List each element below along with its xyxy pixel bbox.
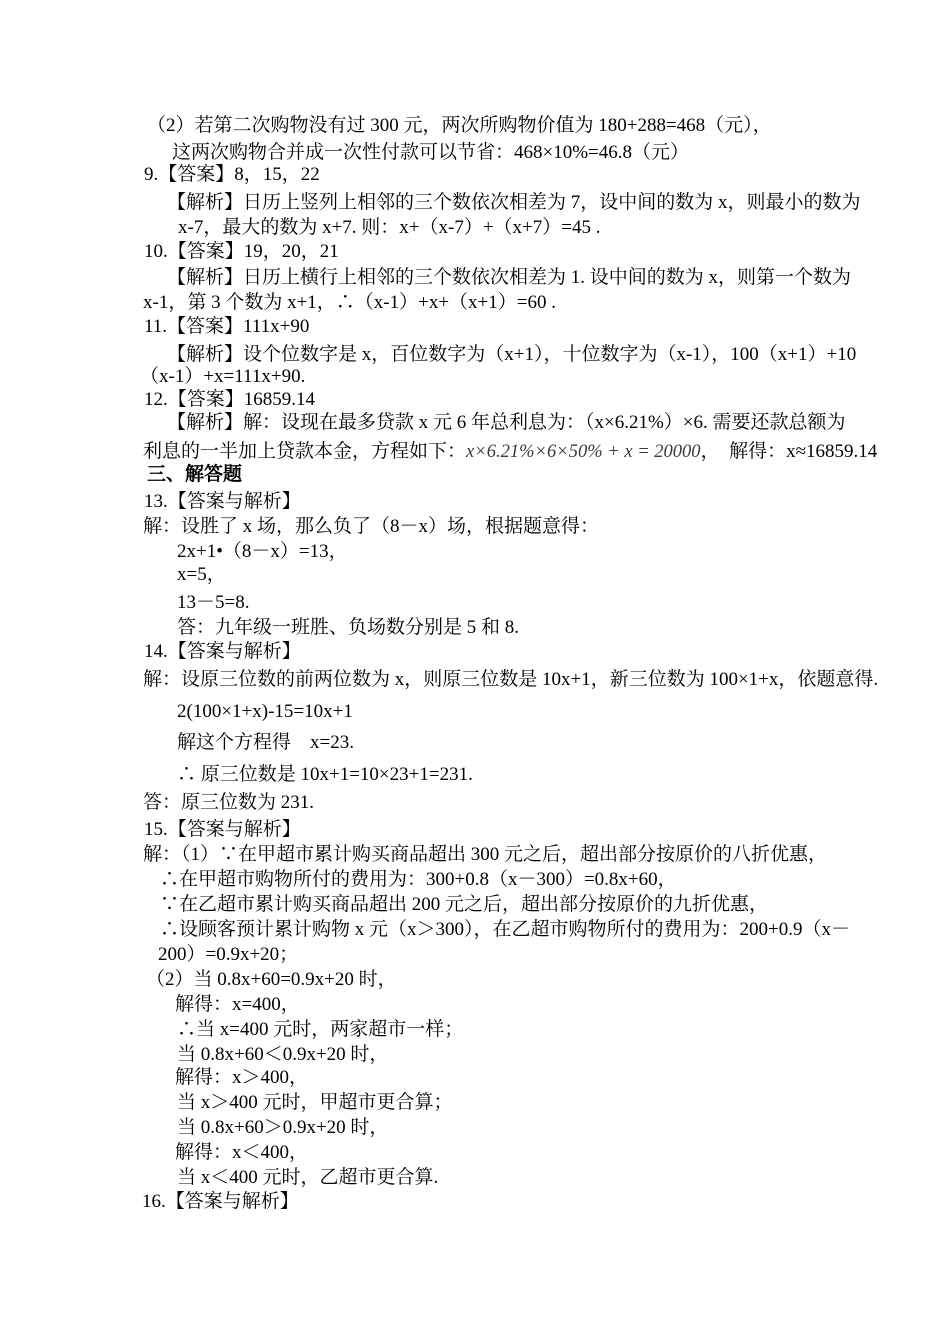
doc-line: 当 x＜400 元时，乙超市更合算. [177, 1165, 438, 1191]
doc-line: 当 x＞400 元时，甲超市更合算； [177, 1090, 453, 1116]
doc-line: 10.【答案】19，20，21 [144, 239, 339, 265]
doc-line: 14.【答案与解析】 [144, 639, 301, 665]
doc-line: 2(100×1+x)-15=10x+1 [177, 699, 353, 725]
doc-line: ∵在乙超市累计购买商品超出 200 元之后，超出部分按原价的九折优惠， [160, 892, 768, 918]
doc-line: ∴ 原三位数是 10x+1=10×23+1=231. [177, 762, 473, 788]
doc-line: 15.【答案与解析】 [144, 817, 301, 843]
doc-line: 【解析】日历上竖列上相邻的三个数依次相差为 7，设中间的数为 x，则最小的数为 [167, 190, 861, 216]
section-heading: 三、解答题 [147, 462, 242, 488]
doc-line: 解这个方程得 x=23. [177, 730, 354, 756]
document-page: （2）若第二次购物没有过 300 元，两次所购物价值为 180+288=468（… [0, 0, 950, 1344]
doc-line: 答：九年级一班胜、负场数分别是 5 和 8. [177, 615, 519, 641]
doc-line: （2）若第二次购物没有过 300 元，两次所购物价值为 180+288=468（… [147, 113, 772, 139]
doc-line-formula: 利息的一半加上贷款本金，方程如下：x×6.21%×6×50% + x = 200… [143, 439, 877, 465]
doc-line: 【解析】解：设现在最多贷款 x 元 6 年总利息为：（x×6.21%）×6. 需… [167, 410, 846, 436]
doc-line: 11.【答案】111x+90 [144, 314, 309, 340]
formula-post: ， 解得：x≈16859.14 [701, 441, 878, 462]
doc-line: 解得：x＞400， [175, 1065, 308, 1091]
doc-line: ∴当 x=400 元时，两家超市一样； [177, 1017, 463, 1043]
doc-line: 13－5=8. [177, 590, 249, 616]
doc-line: 16.【答案与解析】 [142, 1189, 299, 1215]
doc-line: 解得：x＜400， [175, 1140, 308, 1166]
doc-line: 解得：x=400， [175, 992, 300, 1018]
doc-line: 解：设胜了 x 场，那么负了（8－x）场，根据题意得： [143, 514, 599, 540]
doc-line: 9.【答案】8，15，22 [144, 162, 320, 188]
doc-line: ∴在甲超市购物所付的费用为：300+0.8（x－300）=0.8x+60， [160, 867, 677, 893]
doc-line: 13.【答案与解析】 [144, 489, 301, 515]
formula-pre: 利息的一半加上贷款本金，方程如下： [143, 441, 466, 462]
doc-line: 解：设原三位数的前两位数为 x，则原三位数是 10x+1，新三位数为 100×1… [143, 667, 878, 693]
doc-line: 当 0.8x+60＞0.9x+20 时， [177, 1115, 388, 1141]
doc-line: ∴设顾客预计累计购物 x 元（x＞300），在乙超市购物所付的费用为：200+0… [160, 917, 850, 943]
doc-line: x-1，第 3 个数为 x+1，∴（x-1）+x+（x+1）=60 . [143, 290, 556, 316]
doc-line: （2）当 0.8x+60=0.9x+20 时， [146, 967, 397, 993]
doc-line: x=5， [177, 562, 226, 588]
doc-line: x-7，最大的数为 x+7. 则：x+（x-7）+（x+7）=45 . [178, 215, 600, 241]
doc-line: 【解析】日历上横行上相邻的三个数依次相差为 1. 设中间的数为 x，则第一个数为 [167, 265, 851, 291]
doc-line: 答：原三位数为 231. [143, 790, 314, 816]
doc-line: 200）=0.9x+20； [158, 942, 298, 968]
doc-line: 解：（1）∵在甲超市累计购买商品超出 300 元之后，超出部分按原价的八折优惠， [143, 842, 827, 868]
inline-math: x×6.21%×6×50% + x = 20000 [466, 442, 701, 462]
